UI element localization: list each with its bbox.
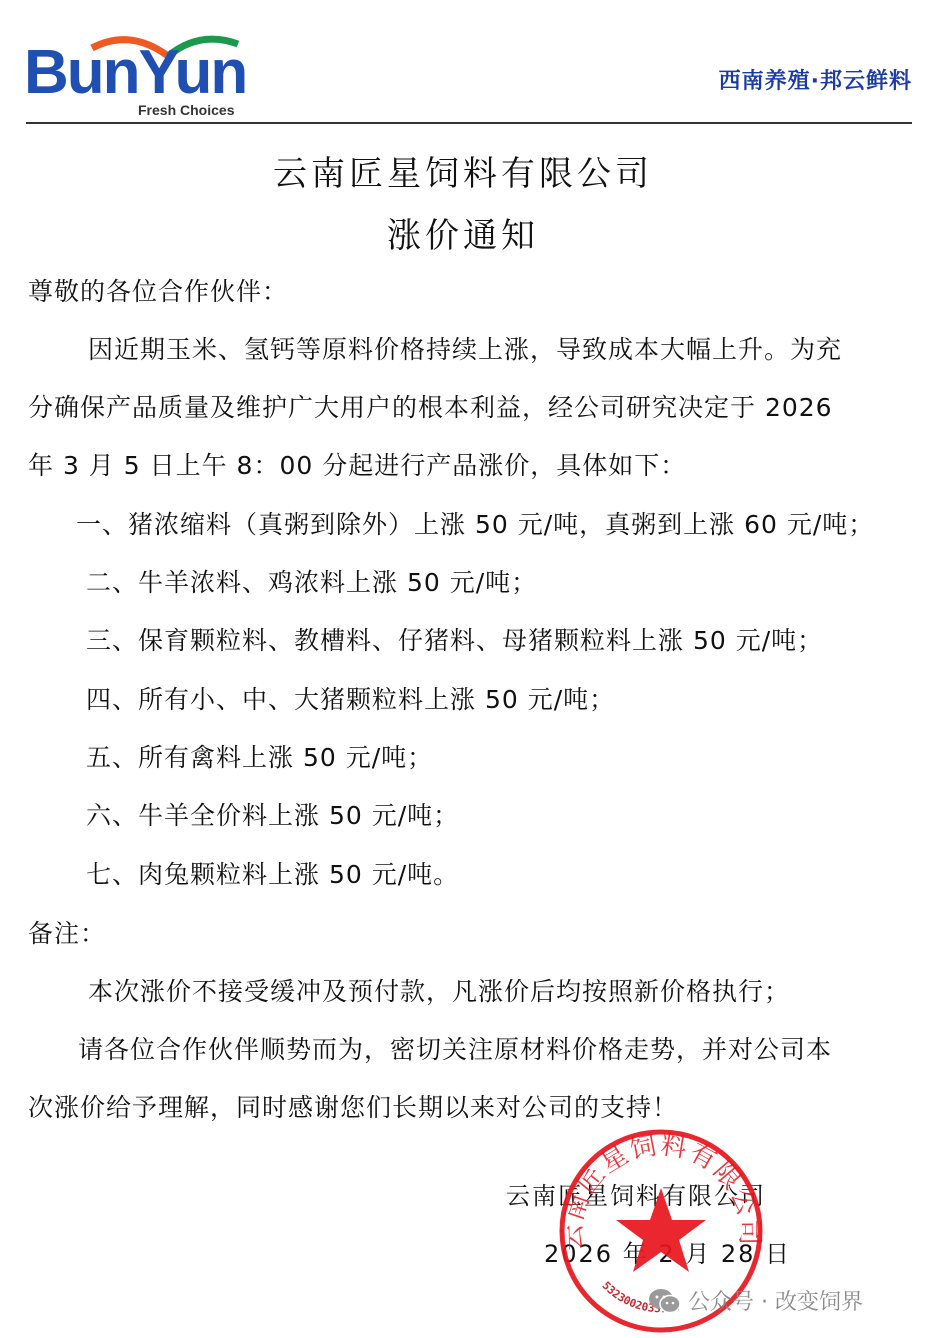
price-item: 五、所有禽料上涨 50 元/吨；	[86, 738, 433, 774]
logo-tagline: Fresh Choices	[138, 102, 234, 118]
notice-title: 涨价通知	[0, 208, 926, 257]
watermark-text: 公众号 · 改变饲界	[688, 1285, 863, 1316]
brand-slogan: 西南养殖·邦云鲜料	[719, 64, 912, 95]
remark-line: 本次涨价不接受缓冲及预付款，凡涨价后均按照新价格执行；	[88, 972, 790, 1008]
price-item: 二、牛羊浓料、鸡浓料上涨 50 元/吨；	[86, 563, 537, 599]
intro-line: 分确保产品质量及维护广大用户的根本利益，经公司研究决定于 2026	[28, 388, 833, 424]
price-item: 六、牛羊全价料上涨 50 元/吨；	[86, 796, 459, 832]
price-item: 一、猪浓缩料（真粥到除外）上涨 50 元/吨，真粥到上涨 60 元/吨；	[76, 505, 874, 541]
company-title: 云南匠星饲料有限公司	[0, 146, 926, 195]
intro-line: 因近期玉米、氢钙等原料价格持续上涨，导致成本大幅上升。为充	[88, 330, 842, 366]
price-item: 三、保育颗粒料、教槽料、仔猪料、母猪颗粒料上涨 50 元/吨；	[86, 621, 823, 657]
wechat-icon	[648, 1288, 682, 1314]
remark-line: 次涨价给予理解，同时感谢您们长期以来对公司的支持！	[28, 1088, 678, 1124]
logo-wordmark: BunYun	[24, 38, 246, 108]
salutation: 尊敬的各位合作伙伴：	[28, 272, 288, 308]
wechat-watermark: 公众号 · 改变饲界	[648, 1285, 863, 1316]
price-item: 四、所有小、中、大猪颗粒料上涨 50 元/吨；	[86, 680, 615, 716]
remark-line: 请各位合作伙伴顺势而为，密切关注原材料价格走势，并对公司本	[78, 1030, 832, 1066]
bunyun-logo: BunYun Fresh Choices	[24, 32, 244, 122]
remark-label: 备注：	[28, 914, 106, 950]
price-item: 七、肉兔颗粒料上涨 50 元/吨。	[86, 855, 459, 891]
header-divider	[26, 122, 912, 124]
intro-line: 年 3 月 5 日上午 8：00 分起进行产品涨价，具体如下：	[28, 446, 686, 482]
